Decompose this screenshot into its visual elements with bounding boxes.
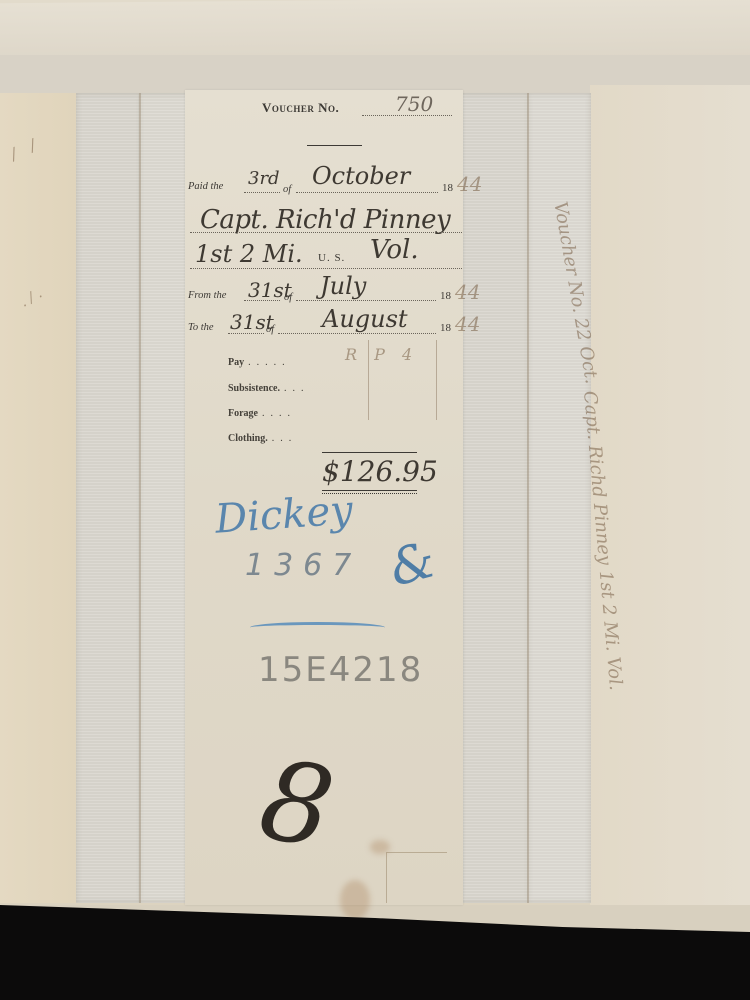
faded-figures: R P 4 (345, 345, 418, 364)
of-label: of (284, 292, 292, 303)
dotted-line (190, 268, 462, 269)
to-month: August (322, 305, 408, 333)
paid-day: 3rd (248, 168, 280, 189)
faded-vertical-line (368, 340, 369, 420)
item-dots: ... (284, 383, 310, 394)
paid-year-suffix: 44 (457, 172, 482, 196)
from-year-prefix: 18 (440, 290, 451, 302)
from-label: From the (188, 290, 226, 301)
right-page-panel (590, 85, 750, 905)
voucher-number-label: Voucher No. (262, 100, 339, 116)
linen-tape-right-inner (460, 93, 530, 903)
tape-seam (139, 93, 141, 903)
item-pay: Pay ..... (228, 352, 291, 370)
item-dots: .... (262, 408, 296, 419)
linen-tape-left-outer (76, 93, 142, 903)
to-year-suffix: 44 (455, 312, 480, 336)
paid-year-prefix: 18 (442, 182, 453, 194)
item-label: Forage (228, 408, 258, 419)
item-forage: Forage .... (228, 403, 296, 421)
item-label: Clothing. (228, 433, 268, 444)
dark-table-surface (0, 900, 750, 1000)
paid-month: October (312, 162, 410, 190)
grey-pencil-number: 15E4218 (258, 650, 423, 690)
voucher-number-value: 750 (395, 92, 433, 116)
dotted-line (244, 192, 280, 193)
item-label: Subsistence. (228, 383, 280, 394)
tape-seam (527, 93, 529, 903)
dotted-line (296, 192, 438, 193)
paid-label: Paid the (188, 181, 223, 192)
of-label: of (266, 324, 274, 335)
dotted-line (278, 333, 436, 334)
faded-vertical-line (436, 340, 437, 420)
currency-symbol: $ (322, 455, 340, 488)
item-subsistence: Subsistence. ... (228, 378, 309, 396)
payee-name: Capt. Rich'd Pinney (200, 205, 450, 235)
item-label: Pay (228, 357, 244, 368)
from-year-suffix: 44 (455, 280, 480, 304)
total-value: 126.95 (340, 455, 438, 488)
total-amount: $126.95 (322, 455, 438, 488)
to-year-prefix: 18 (440, 322, 451, 334)
to-label: To the (188, 322, 214, 333)
payee-rank: 1st 2 Mi. (195, 240, 303, 268)
from-month: July (320, 272, 366, 300)
pencil-number: 1367 (245, 548, 361, 583)
payee-unit: Vol. (370, 235, 419, 265)
blue-pencil-name: Dickey (214, 487, 355, 542)
dotted-line (296, 300, 436, 301)
small-paper-patch (386, 852, 447, 903)
item-dots: ..... (248, 357, 291, 368)
blue-underline-stroke (250, 622, 385, 633)
header-rule (307, 145, 362, 146)
item-clothing: Clothing. ... (228, 428, 297, 446)
dotted-line (190, 232, 462, 233)
left-page-panel (0, 93, 80, 903)
of-label: of (283, 184, 291, 195)
us-label: U. S. (318, 252, 345, 264)
total-rule-top (322, 452, 417, 453)
item-dots: ... (272, 433, 298, 444)
stain (340, 880, 370, 920)
